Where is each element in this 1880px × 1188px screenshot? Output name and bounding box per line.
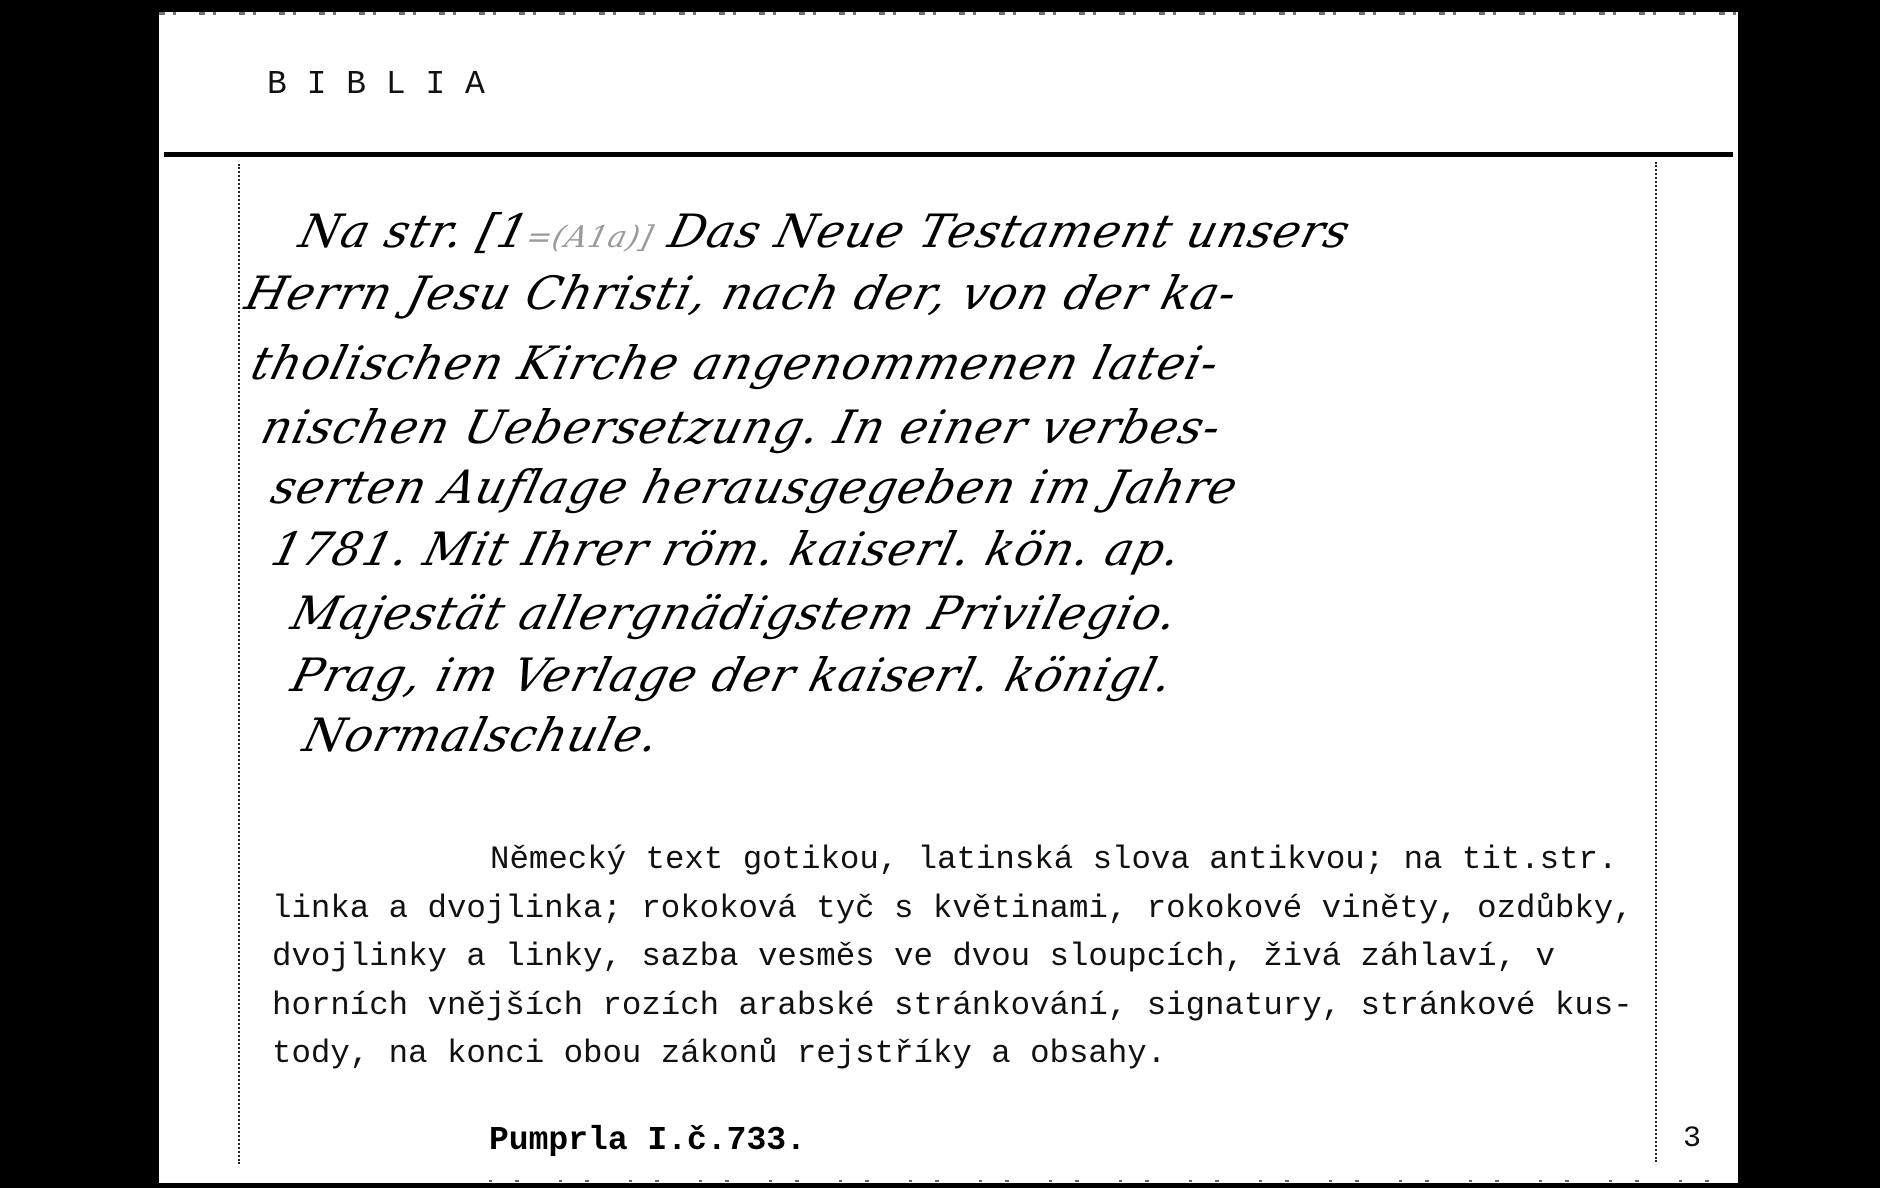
description-line: linka a dvojlinka; rokoková tyč s květin… [272,893,1633,925]
handwritten-line: Herrn Jesu Christi, nach der, von der ka… [241,270,1242,316]
handwritten-line: Prag, im Verlage der kaiserl. königl. [287,652,1178,698]
handwritten-line: tholischen Kirche angenommenen latei- [247,340,1224,386]
handwritten-line: serten Auflage herausgegeben im Jahre [267,464,1243,510]
description-line: tody, na konci obou zákonů rejstříky a o… [272,1038,1166,1070]
pencil-annotation: =(A1a)] [523,220,658,255]
handwritten-line: nischen Uebersetzung. In einer verbes- [257,404,1226,450]
page-number: 3 [1683,1122,1701,1156]
handwritten-line: Majestät allergnädigstem Privilegio. [287,590,1183,636]
description-line: horních vnějších rozích arabské stránkov… [272,990,1633,1022]
handwritten-line: 1781. Mit Ihrer röm. kaiserl. kön. ap. [267,526,1187,572]
description-line: Německý text gotikou, latinská slova ant… [490,844,1617,876]
page-reference: Na str. [1 [294,204,535,258]
description-line: dvojlinky a linky, sazba vesměs ve dvou … [272,941,1555,973]
catalog-card: B I B L I A Na str. [1=(A1a)] Das Neue T… [159,12,1738,1183]
handwritten-line: Na str. [1=(A1a)] Das Neue Testament uns… [295,208,1355,254]
handwritten-line: Normalschule. [299,712,664,758]
bibliographic-reference: Pumprla I.č.733. [489,1122,806,1159]
scan-edge-noise [489,1180,1729,1182]
